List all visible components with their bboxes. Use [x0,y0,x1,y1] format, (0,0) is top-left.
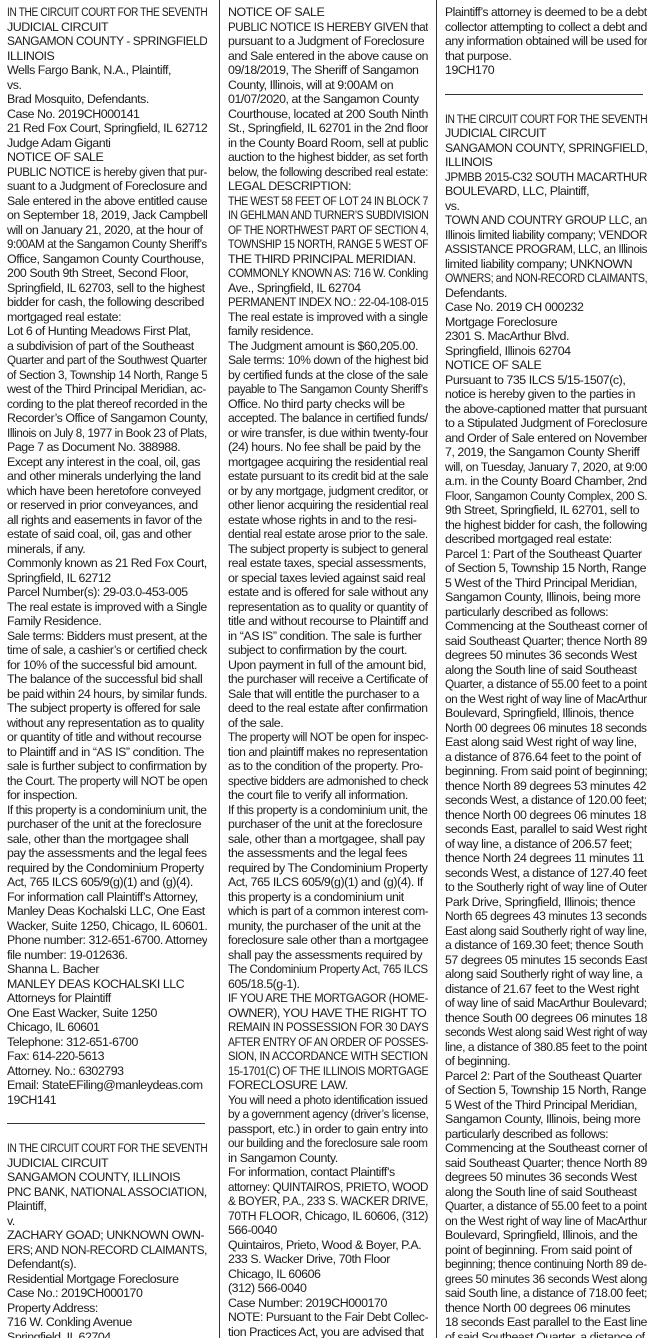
notice-line: Commencing at the Southeast corner of [445,1141,647,1156]
notice-line: or quantity of title and without recours… [7,730,207,745]
notice-line: will, on Tuesday, January 7, 2020, at 9:… [445,460,640,475]
notice-line: a distance of 876.64 feet to the point o… [445,750,647,765]
notice-line: Upon payment in full of the amount bid, [228,658,428,673]
notice-line: will on January 21, 2020, at the hour of [7,223,207,238]
notice-line: spective bidders are admonished to check [228,774,416,789]
notice-line: distance of 21.67 feet to the West right [445,982,647,997]
notice-line: Pursuant to 735 ILCS 5/15-1507(c), [445,373,647,388]
notice-line: the court file to verify all information… [228,788,428,803]
notice-line: and Sale entered in the above cause on [228,49,426,64]
notice-line: grees 50 minutes 36 seconds West along [445,1272,639,1287]
notice-line: Chicago, IL 60601 [7,1020,207,1035]
notice-line: collector attempting to collect a debt a… [445,20,646,35]
notice-line: which is part of a common interest com- [228,904,427,919]
notice-line: Park Drive, Springfield, Illinois; thenc… [445,895,647,910]
notice-line: family residence. [228,324,428,339]
notice-line: County, Illinois, will at 9:00AM on [228,78,428,93]
notice-line: of way line of said MacArthur Boulevard; [445,996,645,1011]
notice-line: NOTE: Pursuant to the Fair Debt Collec- [228,1310,424,1325]
notice-line: PERMANENT INDEX NO.: 22-04-108-015 [228,295,412,310]
notice-line: Telephone: 312-651-6700 [7,1035,207,1050]
notice-line: Brad Mosquito, Defendants. [7,92,207,107]
notice-line: the above-captioned matter that pursuant [445,402,640,417]
notice-line: described mortgaged real estate: [445,532,647,547]
notice-line: thence North 00 degrees 06 minutes 18 [445,808,647,823]
notice-line: purchaser of the unit at the foreclosure [228,817,428,832]
notice-line: mortgaged real estate: [7,310,207,325]
notice-line: TOWN AND COUNTRY GROUP LLC, an [445,213,636,228]
notice-line: 15-1701(C) OF THE ILLINOIS MORTGAGE [228,1064,406,1079]
notice-line: the highest bidder for cash, the followi… [445,518,646,533]
notice-line: representation as to quality or quantity… [228,600,423,615]
notice-line: degrees 50 minutes 36 seconds West [445,1170,647,1185]
notice-line: thence South 00 degrees 06 minutes 18 [445,1011,646,1026]
notice-line: The Condominium Property Act, 765 ILCS [228,962,415,977]
notice-line: estate of said coal, oil, gas and other [7,527,207,542]
legal-notice: NOTICE OF SALEPUBLIC NOTICE IS HEREBY GI… [228,5,428,1338]
notice-line: Office, Sangamon County Courthouse, [7,252,207,267]
notice-line: dential real estate arose prior to the s… [228,527,423,542]
notice-line: North 65 degrees 43 minutes 13 seconds [445,909,639,924]
notice-line: The property will NOT be open for inspec… [228,730,418,745]
notice-line: Defendant(s). [7,1257,207,1272]
notice-line: 9th Street, Springfield, IL 62701, sell … [445,503,647,518]
notice-line: East along said Southerly right of way l… [445,924,636,939]
notice-line: foreclosure sale other than a mortgagee [228,933,426,948]
notice-line: Defendants. [445,286,647,301]
notice-line: Sangamon County, Illinois, being more [445,590,647,605]
notice-line: IN THE CIRCUIT COURT FOR THE SEVENTH [445,112,612,127]
notice-line: Ave., Springfield, IL 62704 [228,281,428,296]
notice-line: Office. No third party checks will be [228,397,428,412]
notice-line: OWNERS; and NON-RECORD CLAIMANTS, [445,271,619,286]
notice-line: payable to The Sangamon County Sheriff’s [228,382,411,397]
notice-line: any information obtained will be used fo… [445,34,646,49]
notice-line: by a government agency (driver’s license… [228,1107,418,1122]
notice-line: ILLINOIS [7,49,207,64]
notice-line: and other minerals underlying the land [7,469,207,484]
notice-line: that purpose. [445,49,647,64]
notice-line: LEGAL DESCRIPTION: [228,179,428,194]
notice-line: BOULEVARD, LLC, Plaintiff, [445,184,647,199]
notice-line: other lienor acquiring the residential r… [228,498,427,513]
notice-line: 9:00AM at the Sangamon County Sheriff’s [7,237,194,252]
notice-line: St., Springfield, IL 62701 in the 2nd fl… [228,121,427,136]
notice-line: SANGAMON COUNTY, SPRINGFIELD, [445,141,643,156]
notice-line: said South line, a distance of 718.00 fe… [445,1286,641,1301]
notice-line: Illinois limited liability company; VEND… [445,228,640,243]
notice-line: 57 degrees 05 minutes 15 seconds East [445,953,645,968]
notice-line: Mortgage Foreclosure [445,315,647,330]
notice-line: line, a distance of 380.85 feet to the p… [445,1040,642,1055]
notice-line: of beginning. [445,1054,647,1069]
notice-line: 5 West of the Third Principal Meridian, [445,576,647,591]
notice-line: PNC BANK, NATIONAL ASSOCIATION, [7,1185,200,1200]
notice-line: Boulevard, Springfield, Illinois, thence [445,706,647,721]
notice-line: The subject property is subject to gener… [228,542,420,557]
legal-notice: Plaintiff’s attorney is deemed to be a d… [445,5,647,78]
notice-line: Floor, Sangamon County Complex, 200 S. [445,489,635,504]
notice-line: or by any mortgage, judgment creditor, o… [228,484,420,499]
notice-line: Springfield, IL 62704 [7,1330,207,1338]
notice-line: the assessments and the legal fees [228,846,428,861]
notice-line: FORECLOSURE LAW. [228,1078,428,1093]
notice-line: Manley Deas Kochalski LLC, One East [7,904,207,919]
notice-line: JPMBB 2015-C32 SOUTH MACARTHUR [445,170,635,185]
notice-line: sale is further subject to confirmation … [7,759,207,774]
notice-line: 566-0040 [228,1223,428,1238]
notice-line: & BOYER, P.A., 233 S. WACKER DRIVE, [228,1194,416,1209]
notice-line: IN GEHLMAN AND TURNER’S SUBDIVISION [228,208,395,223]
notice-line: estate and is offered for sale without a… [228,585,425,600]
notice-line: of Section 5, Township 15 North, Range [445,561,647,576]
notice-line: The real estate is improved with a singl… [228,310,425,325]
notice-line: seconds West, a distance of 120.00 feet; [445,793,643,808]
notice-line: said Southeast Quarter; thence North 89 [445,1156,644,1171]
notice-line: seconds West along said West right of wa… [445,1025,633,1040]
notice-line: limited liability company; UNKNOWN [445,257,647,272]
notice-line: Attorney. No.: 6302793 [7,1064,207,1079]
notice-line: of the sale. [228,716,428,731]
notice-line: particularly described as follows: [445,605,647,620]
notice-line: 2301 S. MacArthur Blvd. [445,329,647,344]
notice-line: accepted. The balance in certified funds… [228,411,424,426]
notice-line: SION, IN ACCORDANCE WITH SECTION [228,1049,410,1064]
notice-line: SANGAMON COUNTY, ILLINOIS [7,1170,207,1185]
legal-notice: IN THE CIRCUIT COURT FOR THE SEVENTHJUDI… [7,5,207,1107]
notice-line: or reserved in prior conveyances, and [7,498,207,513]
notice-line: all rights and easements in favor of the [7,513,207,528]
notice-line: Case No.: 2019CH000170 [7,1286,207,1301]
notice-line: Family Residence. [7,614,207,629]
notice-line: munity, the purchaser of the unit at the [228,919,428,934]
notice-line: on September 18, 2019, Jack Campbell [7,208,206,223]
notice-line: PUBLIC NOTICE IS HEREBY GIVEN that [228,20,414,35]
notice-line: of way line, a distance of 206.57 feet; [445,837,647,852]
notice-line: deed to the real estate after confirmati… [228,701,424,716]
notice-line: estate whose rights in and to the resi- [228,513,428,528]
notice-line: west of the Third Principal Meridian, ac… [7,382,207,397]
notice-line: Parcel 2: Part of the Southeast Quarter [445,1069,647,1084]
notice-line: 19CH170 [445,63,647,78]
legal-notices-page: IN THE CIRCUIT COURT FOR THE SEVENTHJUDI… [0,0,652,1338]
notice-line: thence North 24 degrees 11 minutes 11 [445,851,647,866]
notice-line: ERS; AND NON-RECORD CLAIMANTS, [7,1243,197,1258]
notice-line: Commencing at the Southeast corner of [445,619,647,634]
notice-line: on the West right of way line of MacArth… [445,1214,638,1229]
notice-line: If this property is a condominium unit, … [7,803,200,818]
notice-line: our building and the foreclosure sale ro… [228,1136,416,1151]
notice-line: be paid within 24 hours, by similar fund… [7,687,202,702]
notice-line: subject to confirmation by the court. [228,643,428,658]
notice-line: to the Southerly right of way line of Ou… [445,880,644,895]
notice-line: ASSISTANCE PROGRAM, LLC, an Illinois [445,242,633,257]
notice-line: Lot 6 of Hunting Meadows First Plat, [7,324,207,339]
notice-line: bidder for cash, the following described [7,295,207,310]
notice-line: 716 W. Conkling Avenue [7,1315,207,1330]
notice-line: Illinois on July 8, 1977 in Book 23 of P… [7,426,196,441]
notice-line: passport, etc.) in order to gain entry i… [228,1122,428,1137]
notice-line: Springfield, IL 62703, sell to the highe… [7,281,207,296]
notice-line: Act, 765 ILCS 605/9(g)(1) and (g)(4). If [228,875,428,890]
notice-line: (24) hours. No fee shall be paid by the [228,440,428,455]
notice-line: cording to the plat thereof recorded in … [7,397,200,412]
notice-line: Case Number: 2019CH000170 [228,1296,428,1311]
column-3: Plaintiff’s attorney is deemed to be a d… [445,5,647,1338]
notice-line: pay the assessments and the legal fees [7,846,206,861]
notice-line: Residential Mortgage Foreclosure [7,1272,207,1287]
notice-line: MANLEY DEAS KOCHALSKI LLC [7,977,207,992]
notice-line: 18 seconds East parallel to the East lin… [445,1315,647,1330]
notice-line: Parcel Number(s): 29-03.0-453-005 [7,585,207,600]
notice-line: COMMONLY KNOWN AS: 716 W. Conkling [228,266,407,281]
notice-line: Commonly known as 21 Red Fox Court, [7,556,203,571]
notice-line: NOTICE OF SALE [7,150,207,165]
notice-line: or wire transfer, is due within twenty-f… [228,426,426,441]
notice-line: JUDICIAL CIRCUIT [445,126,647,141]
notice-line: seconds East, parallel to said West righ… [445,822,647,837]
notice-line: vs. [7,78,207,93]
notice-line: beginning. From said point of beginning; [445,764,647,779]
notice-line: East along said West right of way line, [445,735,647,750]
notice-line: IN THE CIRCUIT COURT FOR THE SEVENTH [7,1141,171,1156]
notice-line: for 10% of the successful bid amount. [7,658,207,673]
notice-separator [445,94,643,95]
notice-line: If this property is a condominium unit, … [228,803,421,818]
notice-line: 21 Red Fox Court, Springfield, IL 62712 [7,121,207,136]
notice-line: without any representation as to quality [7,716,207,731]
notice-line: particularly described as follows: [445,1127,647,1142]
notice-line: Fax: 614-220-5613 [7,1049,207,1064]
legal-notice: IN THE CIRCUIT COURT FOR THE SEVENTHJUDI… [445,112,647,1338]
notice-line: along the South line of said Southeast [445,663,647,678]
notice-line: One East Wacker, Suite 1250 [7,1006,207,1021]
notice-line: JUDICIAL CIRCUIT [7,20,207,35]
notice-line: below, the following described real esta… [228,165,418,180]
notice-line: OF THE NORTHWEST PART OF SECTION 4, [228,223,395,238]
notice-line: For information call Plaintiff’s Attorne… [7,890,207,905]
notice-line: along the South line of said Southeast [445,1185,647,1200]
notice-line: 7, 2019, the Sangamon County Sheriff [445,445,647,460]
notice-line: The real estate is improved with a Singl… [7,600,202,615]
notice-line: Plaintiff, [7,1199,207,1214]
notice-line: seconds West, a distance of 127.40 feet [445,866,646,881]
notice-line: Courthouse, located at 200 South Ninth [228,107,428,122]
notice-line: as to the condition of the property. Pro… [228,759,428,774]
notice-line: The balance of the successful bid shall [7,672,207,687]
notice-line: Wacker, Suite 1250, Chicago, IL 60601. [7,919,207,934]
notice-line: OWNER), YOU HAVE THE RIGHT TO [228,1006,428,1021]
notice-line: THE THIRD PRINCIPAL MERIDIAN. [228,252,428,267]
notice-line: vs. [445,199,647,214]
notice-line: a subdivision of part of the Southeast [7,339,207,354]
notice-line: beginning; thence continuing North 89 de… [445,1257,638,1272]
notice-line: ZACHARY GOAD; UNKNOWN OWN- [7,1228,207,1243]
notice-line: Case No. 2019CH000141 [7,107,207,122]
notice-line: or special taxes levied against said rea… [228,571,428,586]
notice-line: North 00 degrees 06 minutes 18 seconds [445,721,639,736]
notice-line: ILLINOIS [445,155,647,170]
notice-line: SANGAMON COUNTY - SPRINGFIELD [7,34,199,49]
notice-line: Property Address: [7,1301,207,1316]
notice-line: Plaintiff’s attorney is deemed to be a d… [445,5,641,20]
notice-line: Attorneys for Plaintiff [7,991,207,1006]
notice-line: sale, other than a mortgagee, shall pay [228,832,428,847]
notice-line: sale, other than the mortgagee shall [7,832,207,847]
notice-line: by certified funds at the close of the s… [228,368,426,383]
notice-line: thence North 89 degrees 53 minutes 42 [445,779,647,794]
notice-line: You will need a photo identification iss… [228,1093,418,1108]
notice-line: the purchaser will receive a Certificate… [228,672,424,687]
notice-line: along said Southerly right of way line, … [445,967,647,982]
notice-line: 70TH FLOOR, Chicago, IL 60606, (312) [228,1209,425,1224]
notice-line: which have been heretofore conveyed [7,484,207,499]
notice-line: v. [7,1214,207,1229]
notice-line: a.m. in the County Board Chamber, 2nd [445,474,647,489]
notice-line: point of beginning. From said point of [445,1243,647,1258]
notice-line: Springfield, IL 62712 [7,571,207,586]
notice-line: real estate taxes, special assessments, [228,556,428,571]
notice-line: Case No. 2019 CH 000232 [445,300,647,315]
notice-line: IF YOU ARE THE MORTGAGOR (HOME- [228,991,411,1006]
notice-line: degrees 50 minutes 36 seconds West [445,648,647,663]
notice-line: IN THE CIRCUIT COURT FOR THE SEVENTH [7,5,171,20]
notice-line: mortgagee acquiring the residential real [228,455,428,470]
notice-line: auction to the highest bidder, as set fo… [228,150,424,165]
notice-line: Sale terms: 10% down of the highest bid [228,353,424,368]
column-1: IN THE CIRCUIT COURT FOR THE SEVENTHJUDI… [7,5,207,1338]
notice-line: AFTER ENTRY OF AN ORDER OF POSSES- [228,1035,396,1050]
notice-line: Chicago, IL 60606 [228,1267,428,1282]
notice-separator [7,1123,205,1124]
notice-line: 5 West of the Third Principal Meridian, [445,1098,647,1113]
notice-line: in the County Board Room, sell at public [228,136,425,151]
legal-notice: IN THE CIRCUIT COURT FOR THE SEVENTHJUDI… [7,1141,207,1338]
notice-line: Sale that will entitle the purchaser to … [228,687,428,702]
notice-line: Except any interest in the coal, oil, ga… [7,455,207,470]
notice-line: in Sangamon County. [228,1151,428,1166]
notice-line: of Section 3, Township 14 North, Range 5 [7,368,197,383]
notice-line: tion Practices Act, you are advised that [228,1325,428,1338]
notice-line: 01/07/2020, at the Sangamon County [228,92,428,107]
notice-line: Sangamon County, Illinois, being more [445,1112,647,1127]
notice-line: this property is a condominium unit [228,890,428,905]
notice-line: Shanna L. Bacher [7,962,207,977]
notice-line: and Order of Sale entered on November [445,431,645,446]
notice-line: Email: StateEFiling@manleydeas.com [7,1078,207,1093]
column-divider [436,0,437,1338]
notice-line: THE WEST 58 FEET OF LOT 24 IN BLOCK 7 [228,194,397,209]
notice-line: 09/18/2019, The Sheriff of Sangamon [228,63,428,78]
notice-line: NOTICE OF SALE [228,5,428,20]
notice-line: of said Southeast Quarter, a distance of [445,1330,647,1338]
notice-line: NOTICE OF SALE [445,358,647,373]
notice-line: REMAIN IN POSSESSION FOR 30 DAYS [228,1020,412,1035]
notice-line: in “AS IS” condition. The sale is furthe… [228,629,428,644]
notice-line: suant to a Judgment of Foreclosure and [7,179,205,194]
notice-line: Boulevard, Springfield, Illinois, and th… [445,1228,647,1243]
notice-line: JUDICIAL CIRCUIT [7,1156,207,1171]
notice-line: Recorder’s Office of Sangamon County, [7,411,206,426]
notice-line: time of sale, a cashier’s or certified c… [7,643,200,658]
notice-line: The Judgment amount is $60,205.00. [228,339,428,354]
notice-line: file number: 19-012636. [7,948,207,963]
notice-line: The subject property is offered for sale [7,701,207,716]
notice-line: thence North 00 degrees 06 minutes [445,1301,647,1316]
notice-line: shall pay the assessments required by [228,948,428,963]
notice-line: purchaser of the unit at the foreclosure [7,817,207,832]
notice-line: Phone number: 312-651-6700. Attorney [7,933,206,948]
notice-line: to Plaintiff and in “AS IS” condition. T… [7,745,207,760]
notice-line: 200 South 9th Street, Second Floor, [7,266,207,281]
notice-line: Quarter, a distance of 55.00 feet to a p… [445,677,638,692]
notice-line: notice is hereby given to the parties in [445,387,647,402]
notice-line: 19CH141 [7,1093,207,1108]
notice-line: said Southeast Quarter; thence North 89 [445,634,644,649]
notice-line: required by The Condominium Property [228,861,427,876]
notice-line: Springfield, Illinois 62704 [445,344,647,359]
notice-line: PUBLIC NOTICE is hereby given that pur- [7,165,194,180]
notice-line: of Section 5, Township 15 North, Range [445,1083,647,1098]
column-divider [219,0,220,1338]
notice-line: on the West right of way line of MacArth… [445,692,638,707]
notice-line: For information, contact Plaintiff’s [228,1165,428,1180]
notice-line: Wells Fargo Bank, N.A., Plaintiff, [7,63,207,78]
notice-line: 233 S. Wacker Drive, 70th Floor [228,1252,428,1267]
notice-line: required by the Condominium Property [7,861,207,876]
notice-line: 605/18.5(g-1). [228,977,428,992]
notice-line: (312) 566-0040 [228,1281,428,1296]
notice-line: Quarter, a distance of 55.00 feet to a p… [445,1199,638,1214]
notice-line: TOWNSHIP 15 NORTH, RANGE 5 WEST OF [228,237,397,252]
notice-line: attorney: QUINTAIROS, PRIETO, WOOD [228,1180,417,1195]
notice-line: to a Stipulated Judgment of Foreclosure [445,416,647,431]
notice-line: minerals, if any. [7,542,207,557]
notice-line: tion and plaintiff makes no representati… [228,745,420,760]
notice-line: the Court. The property will NOT be open [7,774,199,789]
notice-line: pursuant to a Judgment of Foreclosure [228,34,428,49]
notice-line: Judge Adam Giganti [7,136,207,151]
notice-line: estate pursuant to its credit bid at the… [228,469,419,484]
notice-line: title and without recourse to Plaintiff … [228,614,428,629]
notice-line: Page 7 as Document No. 388988. [7,440,207,455]
notice-line: Sale terms: Bidders must present, at the [7,629,204,644]
notice-line: for inspection. [7,788,207,803]
notice-line: Sale entered in the above entitled cause [7,194,204,209]
notice-line: Quarter and part of the Southwest Quarte… [7,353,194,368]
notice-line: a distance of 169.30 feet; thence South [445,938,647,953]
notice-line: Act, 765 ILCS 605/9(g)(1) and (g)(4). [7,875,207,890]
notice-line: Parcel 1: Part of the Southeast Quarter [445,547,647,562]
column-2: NOTICE OF SALEPUBLIC NOTICE IS HEREBY GI… [228,5,428,1338]
notice-line: Quintairos, Prieto, Wood & Boyer, P.A. [228,1238,428,1253]
